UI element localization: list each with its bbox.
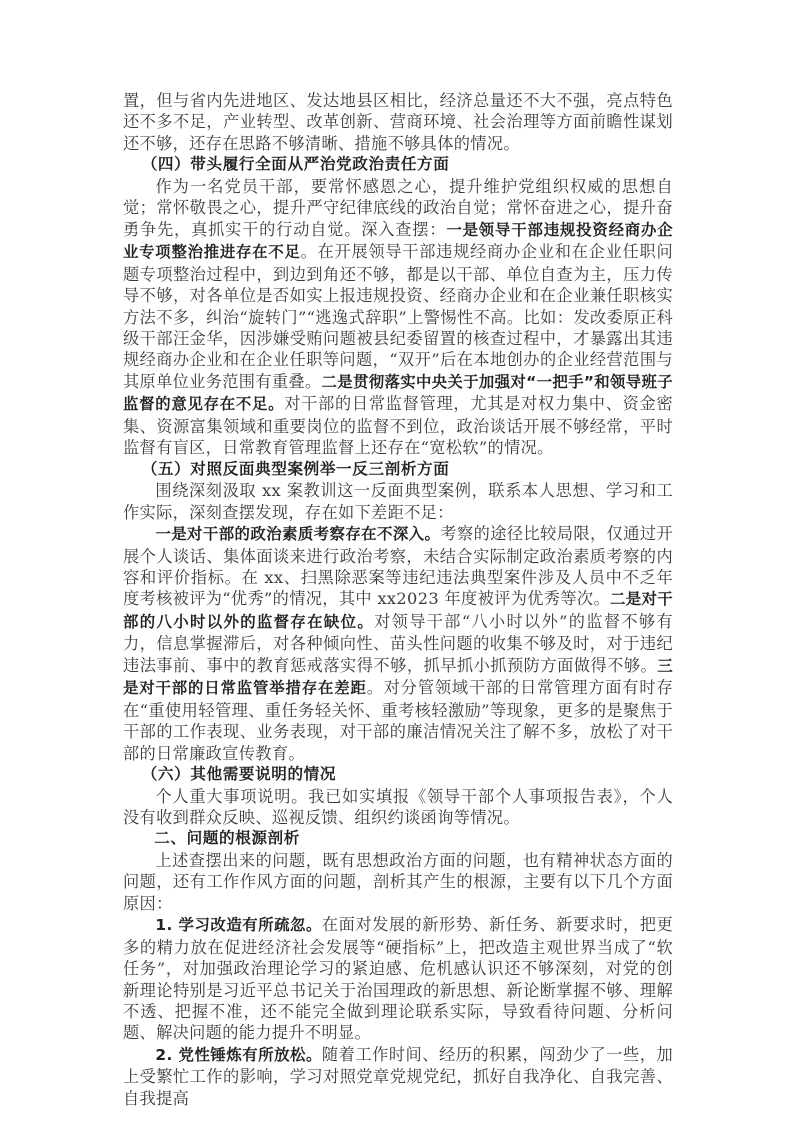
paragraph-cause-1: 1. 学习改造有所疏忽。在面对发展的新形势、新任务、新要求时，把更多的精力放在促… [123, 914, 673, 1044]
section-heading-5: （五）对照反面典型案例举一反三剖析方面 [123, 459, 673, 480]
paragraph-case-analysis: 一是对干部的政治素质考察存在不深入。考察的途径比较局限，仅通过开展个人谈话、集体… [123, 523, 673, 764]
paragraph-party-governance: 作为一名党员干部，要常怀感恩之心，提升维护党组织权威的思想自觉；常怀敬畏之心，提… [123, 176, 673, 459]
section-heading-4: （四）带头履行全面从严治党政治责任方面 [123, 154, 673, 175]
bold-cause-2-title: 2. 党性锤炼有所放松。 [155, 1046, 322, 1064]
paragraph-personal-matters: 个人重大事项说明。我已如实填报《领导干部个人事项报告表》，个人没有收到群众反映、… [123, 786, 673, 829]
bold-cause-1-title: 1. 学习改造有所疏忽。 [155, 916, 322, 934]
paragraph-cause-2: 2. 党性锤炼有所放松。随着工作时间、经历的积累，闯劲少了一些，加上受繁忙工作的… [123, 1044, 673, 1109]
paragraph-root-cause-intro: 上述查摆出来的问题，既有思想政治方面的问题，也有精神状态方面的问题，还有工作作风… [123, 850, 673, 914]
chapter-heading-root-cause: 二、问题的根源剖析 [123, 828, 673, 849]
section-heading-6: （六）其他需要说明的情况 [123, 764, 673, 785]
paragraph-economy-context: 置，但与省内先进地区、发达地县区相比，经济总量还不大不强，亮点特色还不多不足，产… [123, 90, 673, 154]
document-page: 置，但与省内先进地区、发达地县区相比，经济总量还不大不强，亮点特色还不多不足，产… [123, 90, 673, 1109]
paragraph-case-intro: 围绕深刻汲取 xx 案教训这一反面典型案例，联系本人思想、学习和工作实际，深刻查… [123, 480, 673, 523]
bold-point-1: 一是对干部的政治素质考察存在不深入。 [155, 525, 440, 543]
